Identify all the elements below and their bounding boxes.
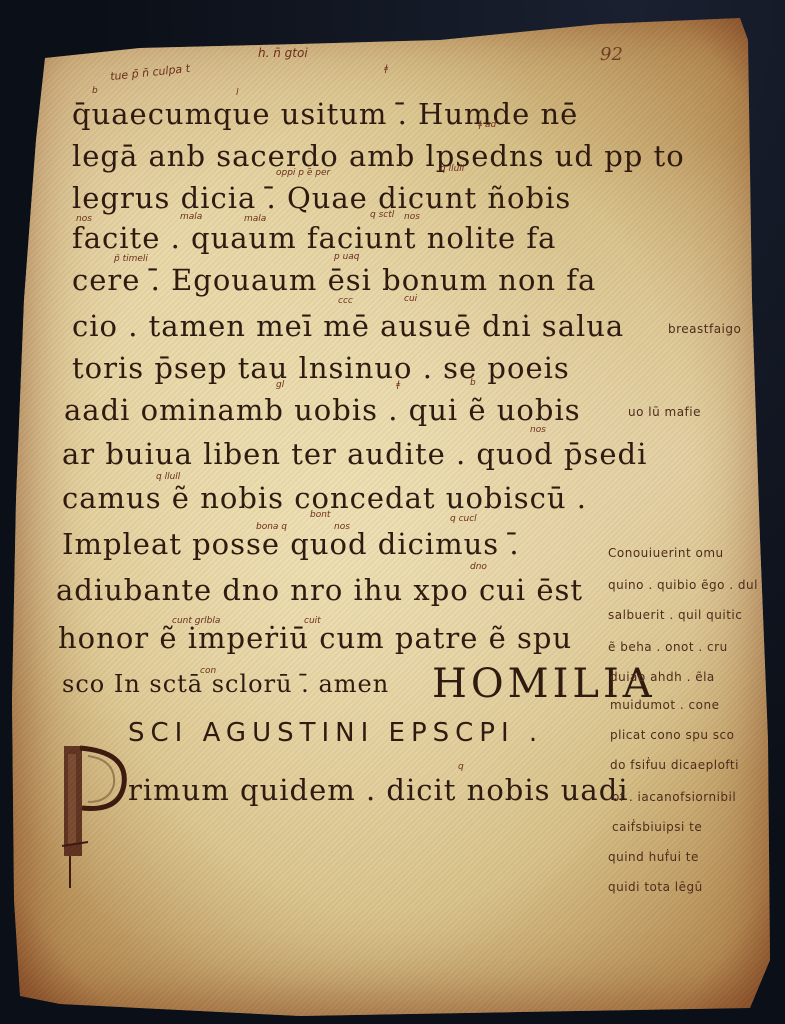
- interlinear-gloss: con: [200, 666, 216, 676]
- margin-note: uo lū mafie: [628, 405, 701, 419]
- margin-note: caiḟsbiuipsi te: [612, 820, 702, 834]
- parchment-edge-stain: [0, 0, 785, 1024]
- text-line: cere .̄ Egouaum ēsi bonum non fa: [72, 266, 596, 295]
- interlinear-gloss: ǂ: [396, 380, 400, 390]
- interlinear-gloss: nos: [334, 522, 350, 532]
- interlinear-gloss: cui: [404, 294, 417, 304]
- interlinear-gloss: bont: [310, 510, 330, 520]
- margin-note: quino . quibio ẽgo . dul: [608, 578, 758, 592]
- homilia-title: HOMILIA: [432, 664, 656, 704]
- decorated-initial-p-icon: [58, 742, 128, 892]
- text-line: sco In sctā sclorū .̄ amen: [62, 672, 389, 696]
- interlinear-gloss: gl: [276, 380, 284, 390]
- interlinear-gloss: b: [92, 86, 98, 96]
- margin-note: breastfaigo: [668, 322, 741, 336]
- interlinear-gloss: q cucl: [450, 514, 477, 524]
- margin-note: of . iacanofsiornibil: [612, 790, 736, 804]
- folio-number: 92: [600, 44, 623, 65]
- margin-note: do fsiḟuu dicaeplofti: [610, 758, 739, 772]
- text-line: legā anb sacerdo amb lpsedns ud pp to: [72, 142, 685, 171]
- interlinear-gloss: l: [236, 88, 239, 98]
- text-line: ar buiua liben ter audite . quod p̄sedi: [62, 440, 647, 469]
- margin-note: quind huḟui te: [608, 850, 699, 864]
- interlinear-gloss: q llull: [156, 472, 180, 482]
- interlinear-gloss: bona q: [256, 522, 287, 532]
- incipit-line: rimum quidem . dicit nobis uadi: [128, 776, 629, 805]
- interlinear-gloss: nos: [404, 212, 420, 222]
- interlinear-gloss: oppi p ẽ per: [276, 168, 330, 178]
- margin-note: salbuerit . quil quitic: [608, 608, 742, 622]
- interlinear-gloss: mala: [244, 214, 266, 224]
- interlinear-gloss: p uaq: [334, 252, 360, 262]
- text-line: q̄uaecumque usitum .̄ Humde nē: [72, 100, 578, 129]
- text-line: adiubante dno nro ihu xpo cui ēst: [56, 576, 583, 605]
- text-line: Impleat posse quod dicimus .̄: [62, 530, 520, 559]
- interlinear-gloss: b: [470, 378, 476, 388]
- top-gloss: h. n̄ gtoi: [258, 46, 308, 60]
- parchment-leaf: tue p̄ n̄ culpa t h. n̄ gtoi 92 q̄uaecum…: [0, 0, 785, 1024]
- top-gloss: tue p̄ n̄ culpa t: [110, 62, 191, 83]
- text-line: facite . quaum faciunt nolite fa: [72, 224, 556, 253]
- text-line: cio . tamen meī mē ausuē dni salua: [72, 312, 624, 341]
- interlinear-gloss: ccc: [338, 296, 353, 306]
- margin-note: plicat cono spu sco: [610, 728, 734, 742]
- interlinear-gloss: nos: [530, 425, 546, 435]
- text-line: camus ẽ nobis concedat uobiscū .: [62, 484, 587, 513]
- margin-note: quidi tota lēgū: [608, 880, 703, 894]
- interlinear-gloss: cuit: [304, 616, 321, 626]
- text-line: toris p̄sep tau lnsinuo . se poeis: [72, 354, 570, 383]
- text-line: honor ẽ impeṙiū cum patre ẽ spu: [58, 624, 572, 653]
- interlinear-gloss: mala: [180, 212, 202, 222]
- interlinear-gloss: cunt grlbla: [172, 616, 220, 626]
- interlinear-gloss: ǂ: [384, 64, 388, 74]
- text-line: aadi ominamb uobis . qui ẽ uobis: [64, 396, 581, 425]
- interlinear-gloss: dno: [470, 562, 487, 572]
- interlinear-gloss: q sctl: [370, 210, 394, 220]
- margin-note: ẽ beha . onot . cru: [608, 640, 728, 654]
- margin-note: Conouiuerint omu: [608, 546, 724, 560]
- interlinear-gloss: q: [458, 762, 464, 772]
- homily-heading: SCI AGUSTINI EPSCPI .: [128, 720, 543, 746]
- interlinear-gloss: nos: [76, 214, 92, 224]
- interlinear-gloss: p̄ timeli: [114, 254, 148, 264]
- interlinear-gloss: q llull: [440, 164, 464, 174]
- interlinear-gloss: ǂ ad: [478, 120, 496, 130]
- margin-note: muidumot . cone: [610, 698, 719, 712]
- text-line: legrus dicia .̄ Quae dicunt ñobis: [72, 184, 571, 213]
- margin-note: duiao ahdh . ẽla: [610, 670, 715, 684]
